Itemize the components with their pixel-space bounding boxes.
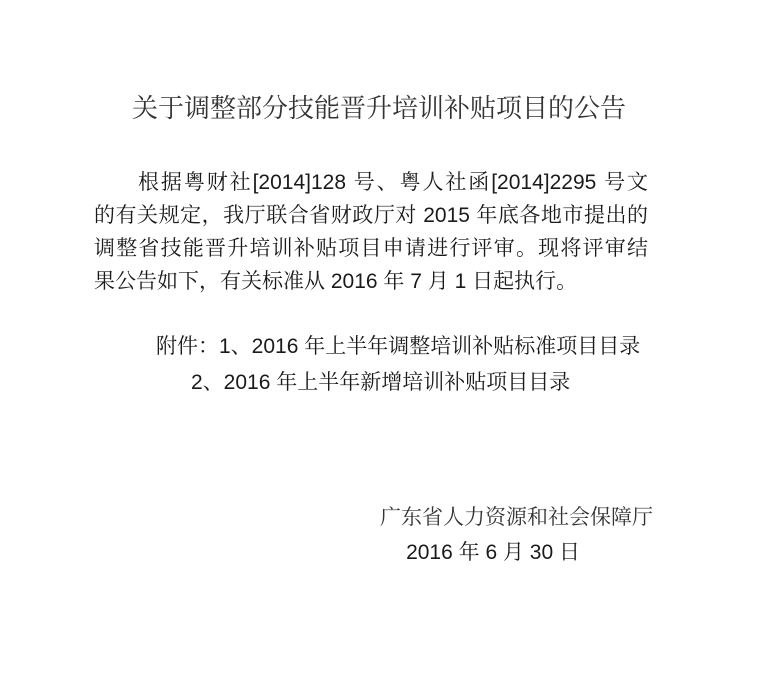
attachment-item-1: 附件：1、2016 年上半年调整培训补贴标准项目目录	[94, 329, 648, 365]
signature-date: 2016 年 6 月 30 日	[406, 536, 580, 566]
paragraph-line-1: 根据粤财社[2014]128 号、粤人社函[2014]2295 号文	[94, 166, 648, 199]
document-title: 关于调整部分技能晋升培训补贴项目的公告	[0, 88, 758, 125]
attachment-list: 附件：1、2016 年上半年调整培训补贴标准项目目录 2、2016 年上半年新增…	[94, 329, 648, 401]
attachment-label: 附件：	[156, 335, 219, 358]
document-page: 关于调整部分技能晋升培训补贴项目的公告 根据粤财社[2014]128 号、粤人社…	[0, 0, 758, 699]
attachment-item-1-text: 1、2016 年上半年调整培训补贴标准项目目录	[219, 335, 640, 358]
body-paragraph: 根据粤财社[2014]128 号、粤人社函[2014]2295 号文 的有关规定…	[94, 166, 648, 298]
paragraph-line-2: 的有关规定，我厅联合省财政厅对 2015 年底各地市提出的	[94, 199, 648, 232]
paragraph-line-4: 果公告如下，有关标准从 2016 年 7 月 1 日起执行。	[94, 265, 648, 298]
attachment-item-2: 2、2016 年上半年新增培训补贴项目目录	[94, 365, 648, 401]
paragraph-line-3: 调整省技能晋升培训补贴项目申请进行评审。现将评审结	[94, 232, 648, 265]
signature-org: 广东省人力资源和社会保障厅	[380, 501, 653, 531]
